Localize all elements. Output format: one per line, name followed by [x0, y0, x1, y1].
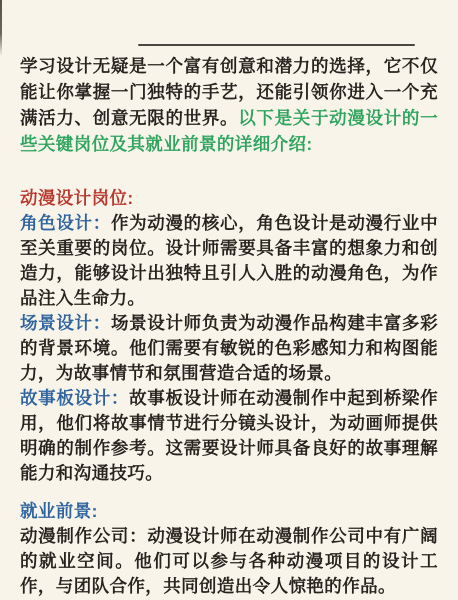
intro-paragraph: 学习设计无疑是一个富有创意和潜力的选择，它不仅能让你掌握一门独特的手艺，还能引领…	[20, 0, 438, 157]
item-storyboard-design: 故事板设计：故事板设计师在动漫制作中起到桥梁作用，他们将故事情节进行分镜头设计，…	[20, 386, 438, 486]
item-scene-design-label: 场景设计：	[20, 313, 111, 333]
section-heading-career-prospects: 就业前景:	[20, 499, 438, 524]
item-animation-company-label: 动漫制作公司：	[20, 526, 147, 546]
note-page: 学习设计无疑是一个富有创意和潜力的选择，它不仅能让你掌握一门独特的手艺，还能引领…	[0, 0, 458, 600]
item-scene-design: 场景设计：场景设计师负责为动漫作品构建丰富多彩的背景环境。他们需要有敏锐的色彩感…	[20, 311, 438, 386]
scan-edge-artifact	[0, 0, 2, 56]
section-heading-design-positions: 动漫设计岗位:	[20, 186, 438, 211]
item-character-design: 角色设计：作为动漫的核心，角色设计是动漫行业中至关重要的岗位。设计师需要具备丰富…	[20, 211, 438, 311]
item-storyboard-design-label: 故事板设计：	[20, 388, 129, 408]
top-divider-line	[138, 44, 415, 46]
item-animation-company: 动漫制作公司：动漫设计师在动漫制作公司中有广阔的就业空间。他们可以参与各种动漫项…	[20, 524, 438, 599]
item-character-design-label: 角色设计：	[20, 213, 111, 233]
